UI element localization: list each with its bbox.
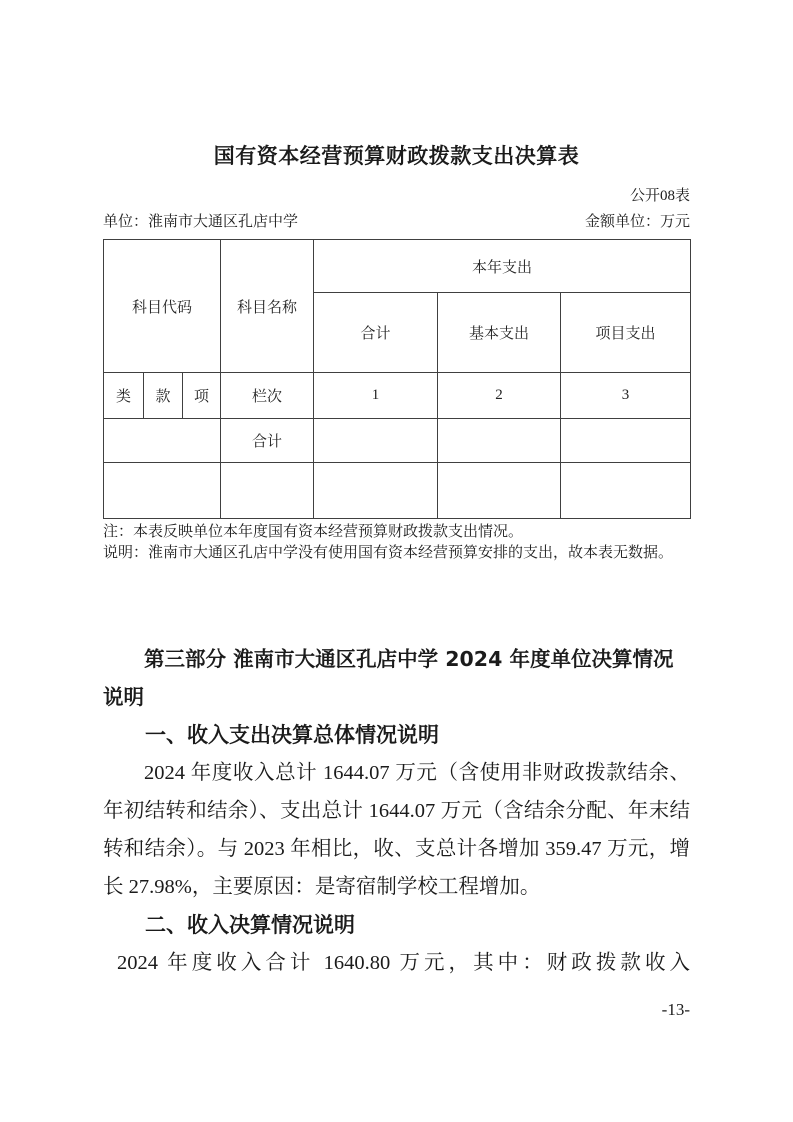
table-note-line: 注：本表反映单位本年度国有资本经营预算财政拨款支出情况。 [103,522,690,543]
header-category: 类 [104,373,144,419]
header-project-expenditure: 项目支出 [561,293,691,373]
header-item: 款 [144,373,183,419]
cell-name [221,463,314,519]
amount-unit-label: 金额单位：万元 [585,212,690,232]
table-row [104,463,691,519]
header-subject-name: 科目名称 [221,240,314,373]
header-total: 合计 [314,293,438,373]
part-three-heading: 第三部分 淮南市大通区孔店中学 2024 年度单位决算情况说明 [103,640,690,716]
table-meta-row: 单位：淮南市大通区孔店中学 金额单位：万元 [103,212,690,232]
cell-total [314,463,438,519]
document-content: 国有资本经营预算财政拨款支出决算表 公开08表 单位：淮南市大通区孔店中学 金额… [103,140,690,982]
section-two-paragraph: 2024 年度收入合计 1640.80 万元，其中：财政拨款收入 [103,944,690,982]
report-title: 国有资本经营预算财政拨款支出决算表 [103,140,690,172]
page-number: -13- [103,999,690,1021]
cell-basic [438,419,561,463]
column-index-1: 1 [314,373,438,419]
unit-label: 单位：淮南市大通区孔店中学 [103,212,298,232]
section-one-heading: 一、收入支出决算总体情况说明 [103,716,690,754]
expenditure-table: 科目代码 科目名称 本年支出 合计 基本支出 项目支出 类 款 项 栏次 1 2… [103,239,691,519]
table-explanation-line: 说明：淮南市大通区孔店中学没有使用国有资本经营预算安排的支出，故本表无数据。 [103,543,690,564]
column-index-3: 3 [561,373,691,419]
cell-basic [438,463,561,519]
table-row: 合计 [104,419,691,463]
header-subject-code: 科目代码 [104,240,221,373]
section-two-heading: 二、收入决算情况说明 [103,906,690,944]
cell-project [561,419,691,463]
public-table-number-label: 公开08表 [103,186,690,206]
cell-name: 合计 [221,419,314,463]
table-notes: 注：本表反映单位本年度国有资本经营预算财政拨款支出情况。 说明：淮南市大通区孔店… [103,522,690,564]
header-basic-expenditure: 基本支出 [438,293,561,373]
table-column-index-row: 类 款 项 栏次 1 2 3 [104,373,691,419]
header-current-year-expenditure: 本年支出 [314,240,691,293]
cell-code [104,463,221,519]
table-header-row-1: 科目代码 科目名称 本年支出 [104,240,691,293]
header-column-label: 栏次 [221,373,314,419]
section-one-paragraph: 2024 年度收入总计 1644.07 万元（含使用非财政拨款结余、年初结转和结… [103,754,690,906]
cell-project [561,463,691,519]
column-index-2: 2 [438,373,561,419]
document-page: 国有资本经营预算财政拨款支出决算表 公开08表 单位：淮南市大通区孔店中学 金额… [0,0,793,1122]
cell-total [314,419,438,463]
header-sub-item: 项 [183,373,221,419]
cell-code [104,419,221,463]
